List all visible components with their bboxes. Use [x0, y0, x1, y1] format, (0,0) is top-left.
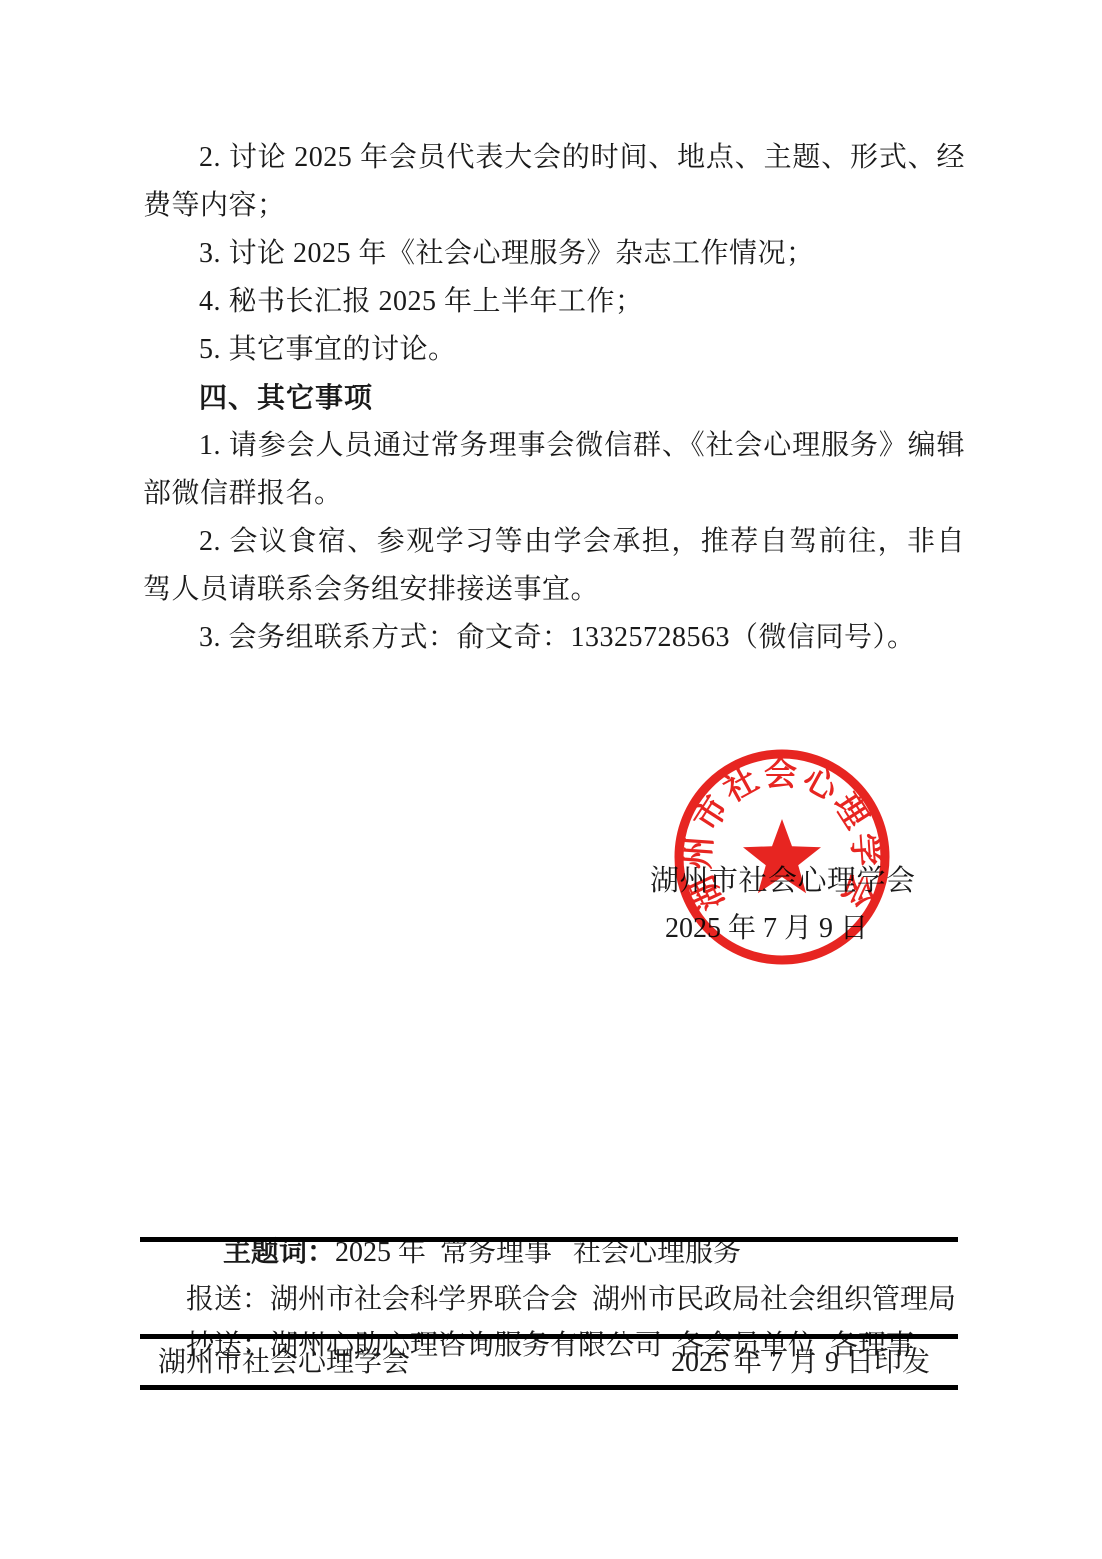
signature-date: 2025 年 7 月 9 日 — [665, 914, 868, 944]
footer-divider-bottom — [140, 1385, 958, 1390]
agenda-item-5: 5. 其它事宜的讨论。 — [143, 326, 965, 374]
section-heading-other-matters: 四、其它事项 — [143, 374, 965, 422]
copy-to-row: 抄送：湖州心助心理咨询服务有限公司 各会员单位 各理事 — [158, 1298, 914, 1394]
footer-divider-top — [140, 1237, 958, 1242]
document-body: 2. 讨论 2025 年会员代表大会的时间、地点、主题、形式、经费等内容； 3.… — [143, 134, 965, 662]
signature-organization: 湖州市社会心理学会 — [650, 866, 916, 896]
other-item-2: 2. 会议食宿、参观学习等由学会承担，推荐自驾前往，非自驾人员请联系会务组安排接… — [143, 518, 965, 614]
agenda-item-3: 3. 讨论 2025 年《社会心理服务》杂志工作情况； — [143, 230, 965, 278]
footer-divider-middle — [140, 1334, 958, 1339]
other-item-1: 1. 请参会人员通过常务理事会微信群、《社会心理服务》编辑部微信群报名。 — [143, 422, 965, 518]
issuer-name: 湖州市社会心理学会 — [158, 1347, 410, 1379]
issuer-row: 湖州市社会心理学会 2025 年 7 月 9 日印发 — [158, 1347, 930, 1379]
document-page: 2. 讨论 2025 年会员代表大会的时间、地点、主题、形式、经费等内容； 3.… — [0, 0, 1102, 1559]
agenda-item-2: 2. 讨论 2025 年会员代表大会的时间、地点、主题、形式、经费等内容； — [143, 134, 965, 230]
print-date: 2025 年 7 月 9 日印发 — [671, 1347, 930, 1379]
other-item-3: 3. 会务组联系方式：俞文奇：13325728563（微信同号）。 — [143, 614, 965, 662]
agenda-item-4: 4. 秘书长汇报 2025 年上半年工作； — [143, 278, 965, 326]
